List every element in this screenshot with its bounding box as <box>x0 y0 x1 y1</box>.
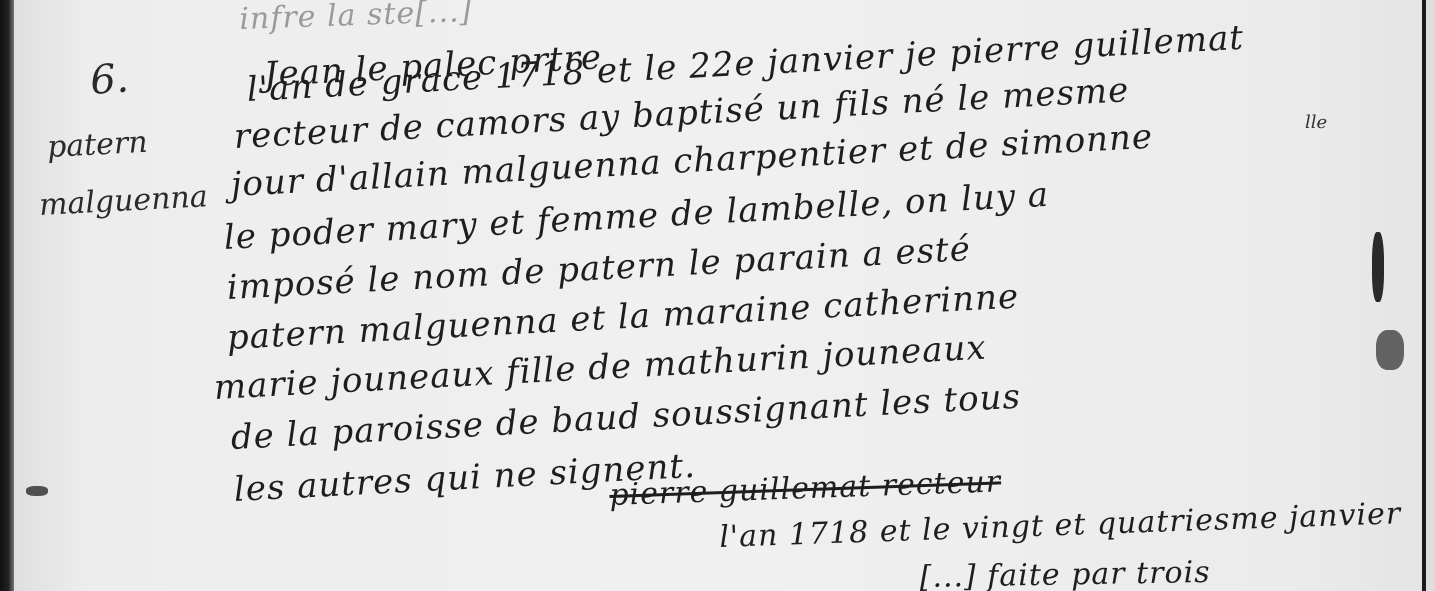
right-margin <box>1426 0 1435 591</box>
text-line-13: [...] faite par trois <box>919 555 1210 591</box>
superscript-lle: lle <box>1305 112 1327 133</box>
page-binding-edge <box>0 0 14 591</box>
ink-blot <box>1372 232 1384 302</box>
margin-name-line2: malguenna <box>38 179 208 223</box>
ink-blot <box>1376 330 1404 370</box>
register-page: 6. patern malguenna infre la ste[...] Je… <box>0 0 1435 591</box>
text-line-0: infre la ste[...] <box>239 0 473 37</box>
margin-entry-number: 6. <box>89 55 130 104</box>
margin-name-line1: patern <box>46 125 148 165</box>
ink-blot <box>26 486 48 496</box>
